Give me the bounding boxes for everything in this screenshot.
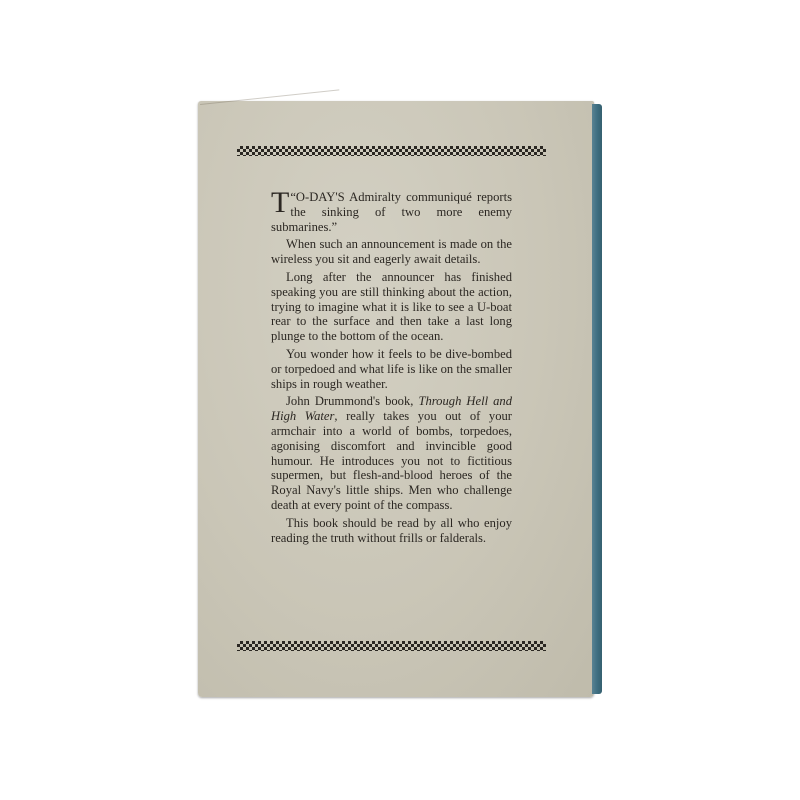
drop-cap: T (271, 190, 289, 216)
blurb-paragraph-5: John Drummond's book, Through Hell and H… (271, 394, 512, 512)
blurb-paragraph-4: You wonder how it feels to be dive-bombe… (271, 347, 512, 391)
paragraph-text: O-DAY'S Admiralty communiqué reports the… (271, 190, 512, 234)
blurb-paragraph-2: When such an announcement is made on the… (271, 237, 512, 267)
book-spine (592, 104, 602, 694)
blurb-paragraph-6: This book should be read by all who enjo… (271, 516, 512, 546)
blurb-text: “TO-DAY'S Admiralty communiqué reports t… (271, 190, 512, 548)
paragraph-text: , really takes you out of your armchair … (271, 409, 512, 512)
blurb-paragraph-3: Long after the announcer has finished sp… (271, 270, 512, 344)
checkerboard-rule-top (237, 146, 546, 156)
paragraph-text: John Drummond's book, (286, 394, 418, 408)
checkerboard-rule-bottom (237, 641, 546, 651)
blurb-paragraph-1: “TO-DAY'S Admiralty communiqué reports t… (271, 190, 512, 234)
